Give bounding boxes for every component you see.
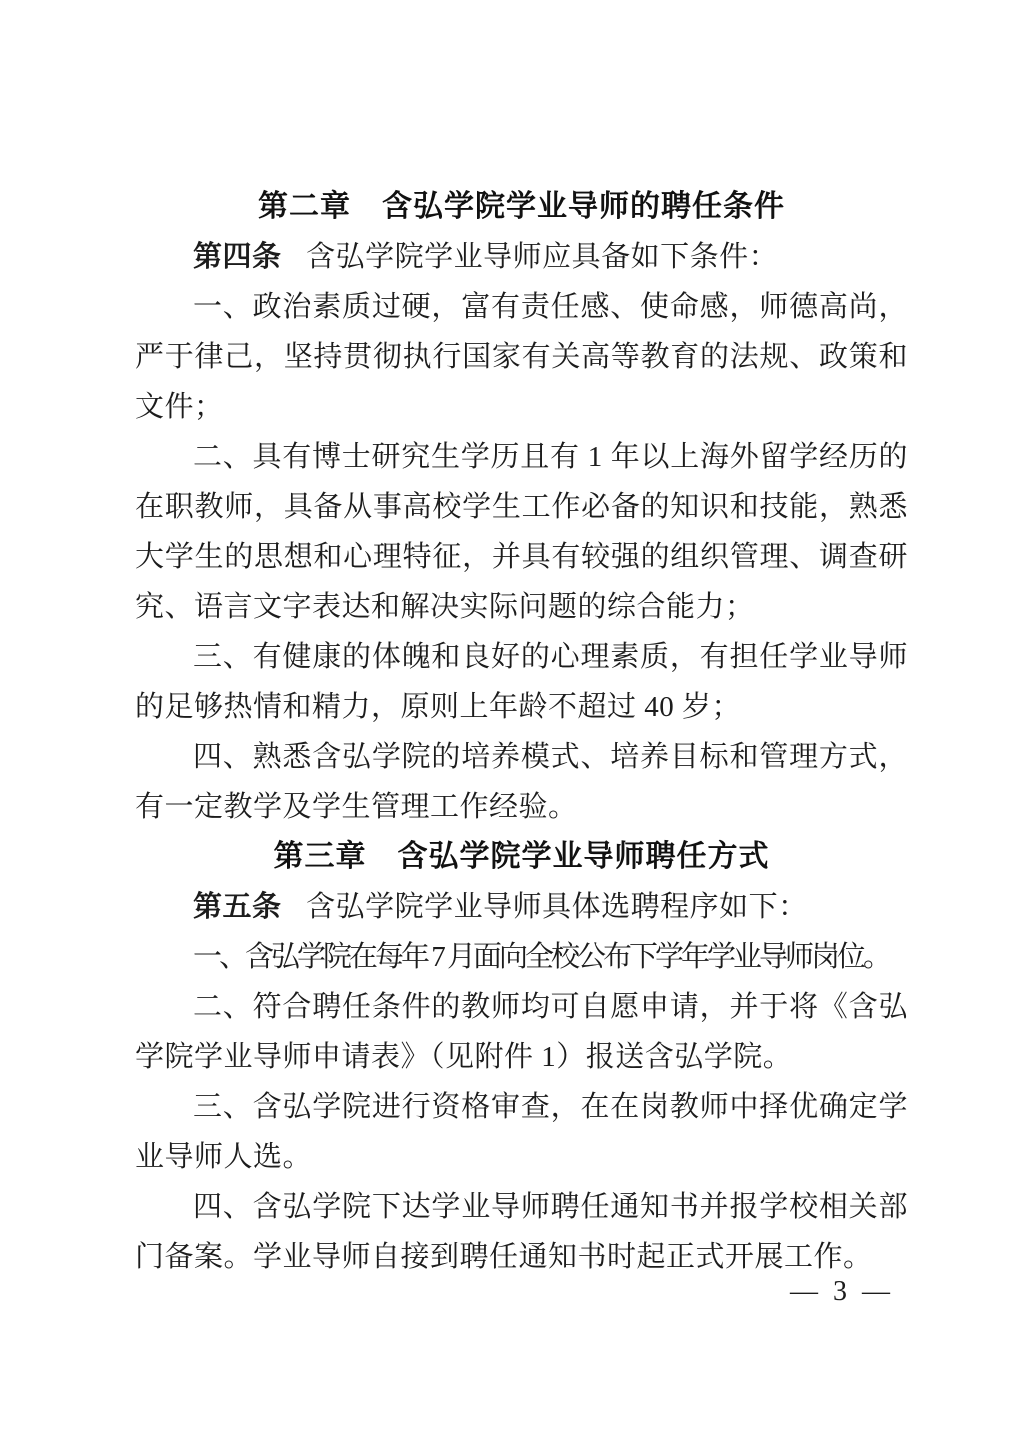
chapter2-item-3: 三、有健康的体魄和良好的心理素质，有担任学业导师的足够热情和精力，原则上年龄不超… [135, 632, 908, 732]
page-number: — 3 — [790, 1272, 894, 1312]
chapter3-item-2: 二、符合聘任条件的教师均可自愿申请，并于将《含弘学院学业导师申请表》（见附件 1… [135, 982, 908, 1082]
article5-label: 第五条 [193, 891, 282, 923]
article5-paragraph: 第五条含弘学院学业导师具体选聘程序如下： [135, 882, 908, 932]
document-body: 第二章 含弘学院学业导师的聘任条件 第四条含弘学院学业导师应具备如下条件： 一、… [135, 182, 908, 1282]
article4-paragraph: 第四条含弘学院学业导师应具备如下条件： [135, 232, 908, 282]
chapter2-heading: 第二章 含弘学院学业导师的聘任条件 [135, 182, 908, 232]
article4-label: 第四条 [193, 241, 282, 273]
chapter2-item-4: 四、熟悉含弘学院的培养模式、培养目标和管理方式，有一定教学及学生管理工作经验。 [135, 732, 908, 832]
chapter2-item-2: 二、具有博士研究生学历且有 1 年以上海外留学经历的在职教师，具备从事高校学生工… [135, 432, 908, 632]
article4-text: 含弘学院学业导师应具备如下条件： [306, 241, 778, 273]
chapter3-item-1: 一、含弘学院在每年 7 月面向全校公布下学年学业导师岗位。 [135, 932, 908, 982]
chapter3-item-3: 三、含弘学院进行资格审查，在在岗教师中择优确定学业导师人选。 [135, 1082, 908, 1182]
chapter2-item-1: 一、政治素质过硬，富有责任感、使命感，师德高尚，严于律己，坚持贯彻执行国家有关高… [135, 282, 908, 432]
chapter3-item-4: 四、含弘学院下达学业导师聘任通知书并报学校相关部门备案。学业导师自接到聘任通知书… [135, 1182, 908, 1282]
article5-text: 含弘学院学业导师具体选聘程序如下： [306, 891, 808, 923]
chapter3-heading: 第三章 含弘学院学业导师聘任方式 [135, 832, 908, 882]
document-page: 第二章 含弘学院学业导师的聘任条件 第四条含弘学院学业导师应具备如下条件： 一、… [0, 0, 1024, 1447]
